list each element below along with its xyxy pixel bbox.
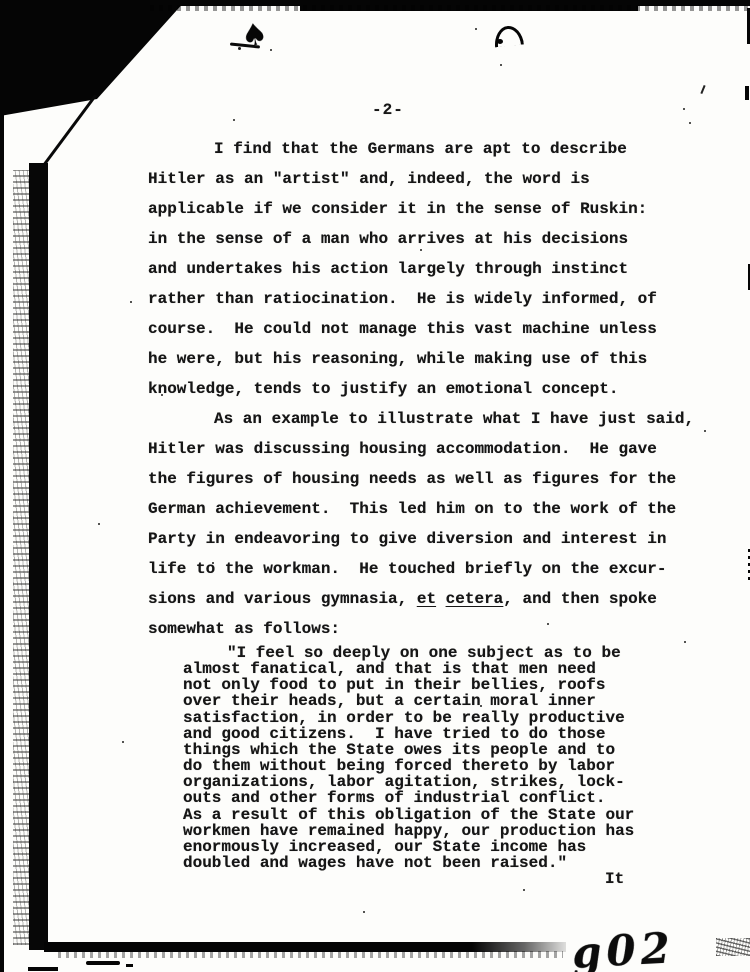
bottom-edge-noise (58, 951, 563, 958)
noise-speck (704, 430, 706, 432)
catchword: It (605, 870, 624, 888)
bottom-left-dash (28, 967, 58, 971)
underlined-text: cetera (446, 590, 504, 608)
text-line: course. He could not manage this vast ma… (148, 314, 696, 344)
noise-speck (500, 64, 502, 66)
text-line: somewhat as follows: (148, 614, 696, 644)
ink-blot-dot (497, 39, 503, 44)
text-line: not only food to put in their bellies, r… (183, 677, 673, 693)
text-segment: sions and various gymnasia, (148, 590, 417, 608)
noise-speck (122, 741, 124, 743)
paragraph-2: As an example to illustrate what I have … (148, 404, 696, 644)
handwritten-mark: g02 (571, 923, 676, 972)
text-line: satisfaction, in order to be really prod… (183, 710, 673, 726)
text-line: he were, but his reasoning, while making… (148, 344, 696, 374)
document-body: I find that the Germans are apt to descr… (148, 134, 696, 644)
text-line: outs and other forms of industrial confl… (183, 790, 673, 806)
noise-speck (270, 49, 272, 51)
text-segment: , and then spoke (503, 590, 657, 608)
text-line: things which the State owes its people a… (183, 742, 673, 758)
text-line: I find that the Germans are apt to descr… (148, 134, 696, 164)
text-line: workmen have remained happy, our product… (183, 823, 673, 839)
text-line: knowledge, tends to justify an emotional… (148, 374, 696, 404)
right-edge-mark (745, 86, 749, 100)
bottom-left-dash (86, 961, 120, 965)
paragraph-1: I find that the Germans are apt to descr… (148, 134, 696, 404)
text-line: life to the workman. He touched briefly … (148, 554, 696, 584)
noise-speck (363, 911, 365, 913)
text-segment (436, 590, 446, 608)
text-line: doubled and wages have not been raised." (183, 855, 673, 871)
text-line: Hitler was discussing housing accommodat… (148, 434, 696, 464)
left-edge-strip (0, 0, 4, 972)
text-line: organizations, labor agitation, strikes,… (183, 774, 673, 790)
text-line: almost fanatical, and that is that men n… (183, 661, 673, 677)
ink-blot-spade-icon: ♠ (239, 16, 271, 54)
text-line: in the sense of a man who arrives at his… (148, 224, 696, 254)
text-line: applicable if we consider it in the sens… (148, 194, 696, 224)
text-line: the figures of housing needs as well as … (148, 464, 696, 494)
page-number: -2- (372, 101, 404, 119)
text-line: do them without being forced thereto by … (183, 758, 673, 774)
noise-speck (233, 119, 235, 121)
noise-speck (523, 889, 525, 891)
text-line: and undertakes his action largely throug… (148, 254, 696, 284)
left-edge-noise (13, 170, 30, 945)
slash-speck (700, 85, 705, 94)
text-line: sions and various gymnasia, et cetera, a… (148, 584, 696, 614)
noise-speck (238, 47, 241, 50)
text-line: "I feel so deeply on one subject as to b… (183, 645, 673, 661)
text-line: German achievement. This led him on to t… (148, 494, 696, 524)
text-line: Hitler as an "artist" and, indeed, the w… (148, 164, 696, 194)
text-line: and good citizens. I have tried to do th… (183, 726, 673, 742)
text-line: Party in endeavoring to give diversion a… (148, 524, 696, 554)
ink-blot-crescent-icon (493, 25, 524, 48)
noise-speck (683, 108, 685, 110)
noise-speck (98, 523, 100, 525)
bottom-left-dash (126, 964, 133, 967)
corner-fold-artifact (0, 0, 190, 118)
text-line: over their heads, but a certain moral in… (183, 693, 673, 709)
blockquote-speech: "I feel so deeply on one subject as to b… (183, 645, 673, 871)
text-line: enormously increased, our State income h… (183, 839, 673, 855)
noise-speck (130, 301, 132, 303)
underlined-text: et (417, 590, 436, 608)
scanned-document-page: ♠ -2- I find that the Germans are apt to… (0, 0, 750, 972)
noise-speck (689, 122, 691, 124)
bottom-right-smudge (716, 938, 750, 956)
text-line: rather than ratiocination. He is widely … (148, 284, 696, 314)
text-line: As an example to illustrate what I have … (148, 404, 696, 434)
left-edge-band (29, 163, 48, 950)
top-edge-noise (150, 5, 750, 11)
noise-speck (475, 28, 477, 30)
text-line: As a result of this obligation of the St… (183, 807, 673, 823)
